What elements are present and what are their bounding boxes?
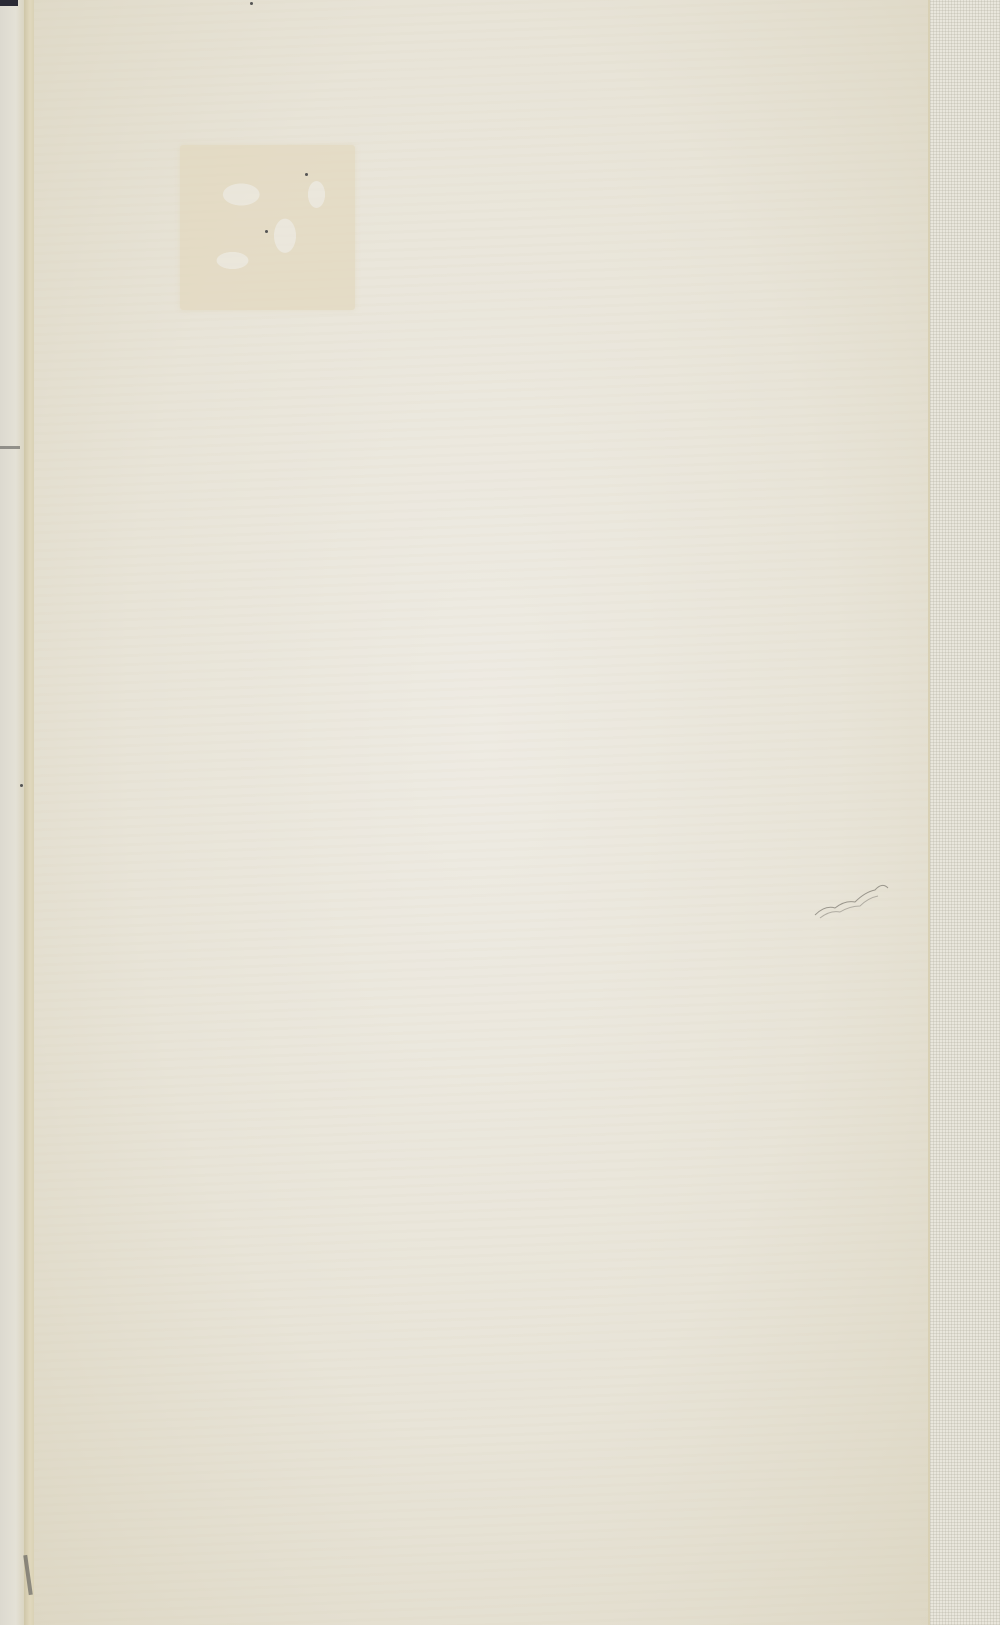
paper-texture (34, 0, 934, 1625)
pencil-scribble (810, 870, 890, 920)
blank-page (34, 0, 934, 1625)
dark-corner-mark (0, 0, 18, 6)
edge-mark (0, 446, 20, 449)
ink-speck (265, 230, 268, 233)
ink-speck (20, 784, 23, 787)
seal-glyphs (180, 145, 355, 310)
ink-speck (305, 173, 308, 176)
cloth-binding (928, 0, 1000, 1625)
ink-speck (250, 2, 253, 5)
adjacent-page-edge (0, 0, 26, 1625)
seal-stamp (180, 145, 355, 310)
